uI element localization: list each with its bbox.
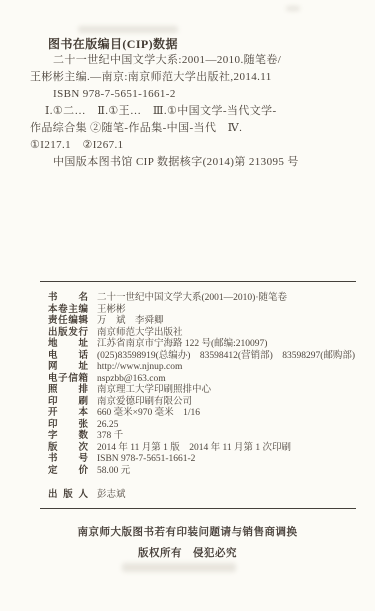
- cip-classification: ①I217.1 ②I267.1: [30, 137, 358, 154]
- field-value: 660 毫米×970 毫米 1/16: [97, 408, 358, 420]
- cip-section: 图书在版编目(CIP)数据 二十一世纪中国文学大系:2001—2010.随笔卷/…: [30, 36, 358, 171]
- table-row: 责任编辑 万 斌 李舜卿: [48, 316, 358, 328]
- field-value: (025)83598919(总编办) 83598412(营销部) 8359829…: [97, 351, 358, 363]
- table-row: 电子信箱 nspzbb@163.com: [48, 374, 358, 386]
- field-label: 印刷: [48, 397, 88, 409]
- field-label: 出版人: [48, 490, 88, 502]
- scan-bleed-smudge: [286, 6, 300, 11]
- copyright-notice: 版权所有 侵犯必究: [0, 545, 375, 560]
- cip-title: 图书在版编目(CIP)数据: [48, 36, 358, 52]
- field-label: 网址: [48, 362, 88, 374]
- field-value: ISBN 978-7-5651-1661-2: [97, 454, 358, 466]
- field-label: 责任编辑: [48, 316, 88, 328]
- field-label: 本卷主编: [48, 305, 88, 317]
- cip-classification: Ⅰ.①二… Ⅱ.①王… Ⅲ.①中国文学-当代文学-: [30, 103, 358, 120]
- field-value: 二十一世纪中国文学大系(2001—2010)·随笔卷: [97, 293, 358, 305]
- horizontal-rule-top: [40, 281, 356, 282]
- cip-line: 王彬彬主编.—南京:南京师范大学出版社,2014.11: [30, 69, 358, 86]
- field-value: 58.00 元: [97, 466, 358, 478]
- copyright-page: 图书在版编目(CIP)数据 二十一世纪中国文学大系:2001—2010.随笔卷/…: [0, 0, 375, 611]
- table-row: 印刷 南京爱德印刷有限公司: [48, 397, 358, 409]
- table-row: 本卷主编 王彬彬: [48, 305, 358, 317]
- scan-bleed-smudge: [78, 26, 178, 33]
- field-label: 书名: [48, 293, 88, 305]
- field-value: 彭志斌: [97, 490, 358, 502]
- table-row: 字数 378 千: [48, 431, 358, 443]
- field-label: 书号: [48, 454, 88, 466]
- exchange-notice: 南京师大版图书若有印装问题请与销售商调换: [0, 524, 375, 539]
- field-value: 南京师范大学出版社: [97, 328, 358, 340]
- table-row: 书号 ISBN 978-7-5651-1661-2: [48, 454, 358, 466]
- cip-line: 二十一世纪中国文学大系:2001—2010.随笔卷/: [30, 52, 358, 69]
- table-row: 开本 660 毫米×970 毫米 1/16: [48, 408, 358, 420]
- field-label: 开本: [48, 408, 88, 420]
- scan-bleed-smudge: [122, 563, 236, 572]
- field-value: 26.25: [97, 420, 358, 432]
- field-label: 版次: [48, 443, 88, 455]
- field-label: 电子信箱: [48, 374, 88, 386]
- table-row: 电话 (025)83598919(总编办) 83598412(营销部) 8359…: [48, 351, 358, 363]
- table-row: 出版发行 南京师范大学出版社: [48, 328, 358, 340]
- cip-isbn: ISBN 978-7-5651-1661-2: [30, 86, 358, 103]
- field-value: 378 千: [97, 431, 358, 443]
- publisher-row: 出版人 彭志斌: [48, 490, 358, 502]
- cip-classification: 作品综合集 ②随笔-作品集-中国-当代 Ⅳ.: [30, 120, 358, 137]
- table-row: 印张 26.25: [48, 420, 358, 432]
- field-label: 字数: [48, 431, 88, 443]
- cip-record-number: 中国版本图书馆 CIP 数据核字(2014)第 213095 号: [30, 154, 358, 171]
- field-label: 出版发行: [48, 328, 88, 340]
- field-label: 电话: [48, 351, 88, 363]
- field-value: http://www.njnup.com: [97, 362, 358, 374]
- field-value: 南京理工大学印刷照排中心: [97, 385, 358, 397]
- horizontal-rule-bottom: [40, 508, 356, 509]
- table-row: 定价 58.00 元: [48, 466, 358, 478]
- table-row: 版次 2014 年 11 月第 1 版 2014 年 11 月第 1 次印刷: [48, 443, 358, 455]
- field-label: 照排: [48, 385, 88, 397]
- table-row: 网址 http://www.njnup.com: [48, 362, 358, 374]
- table-row: 照排 南京理工大学印刷照排中心: [48, 385, 358, 397]
- table-row: 地址 江苏省南京市宁海路 122 号(邮编:210097): [48, 339, 358, 351]
- field-value: 2014 年 11 月第 1 版 2014 年 11 月第 1 次印刷: [97, 443, 358, 455]
- colophon-table: 书名 二十一世纪中国文学大系(2001—2010)·随笔卷 本卷主编 王彬彬 责…: [48, 293, 358, 477]
- field-value: nspzbb@163.com: [97, 374, 358, 386]
- field-value: 江苏省南京市宁海路 122 号(邮编:210097): [97, 339, 358, 351]
- table-row: 书名 二十一世纪中国文学大系(2001—2010)·随笔卷: [48, 293, 358, 305]
- field-label: 地址: [48, 339, 88, 351]
- field-label: 印张: [48, 420, 88, 432]
- field-label: 定价: [48, 466, 88, 478]
- field-value: 王彬彬: [97, 305, 358, 317]
- field-value: 南京爱德印刷有限公司: [97, 397, 358, 409]
- field-value: 万 斌 李舜卿: [97, 316, 358, 328]
